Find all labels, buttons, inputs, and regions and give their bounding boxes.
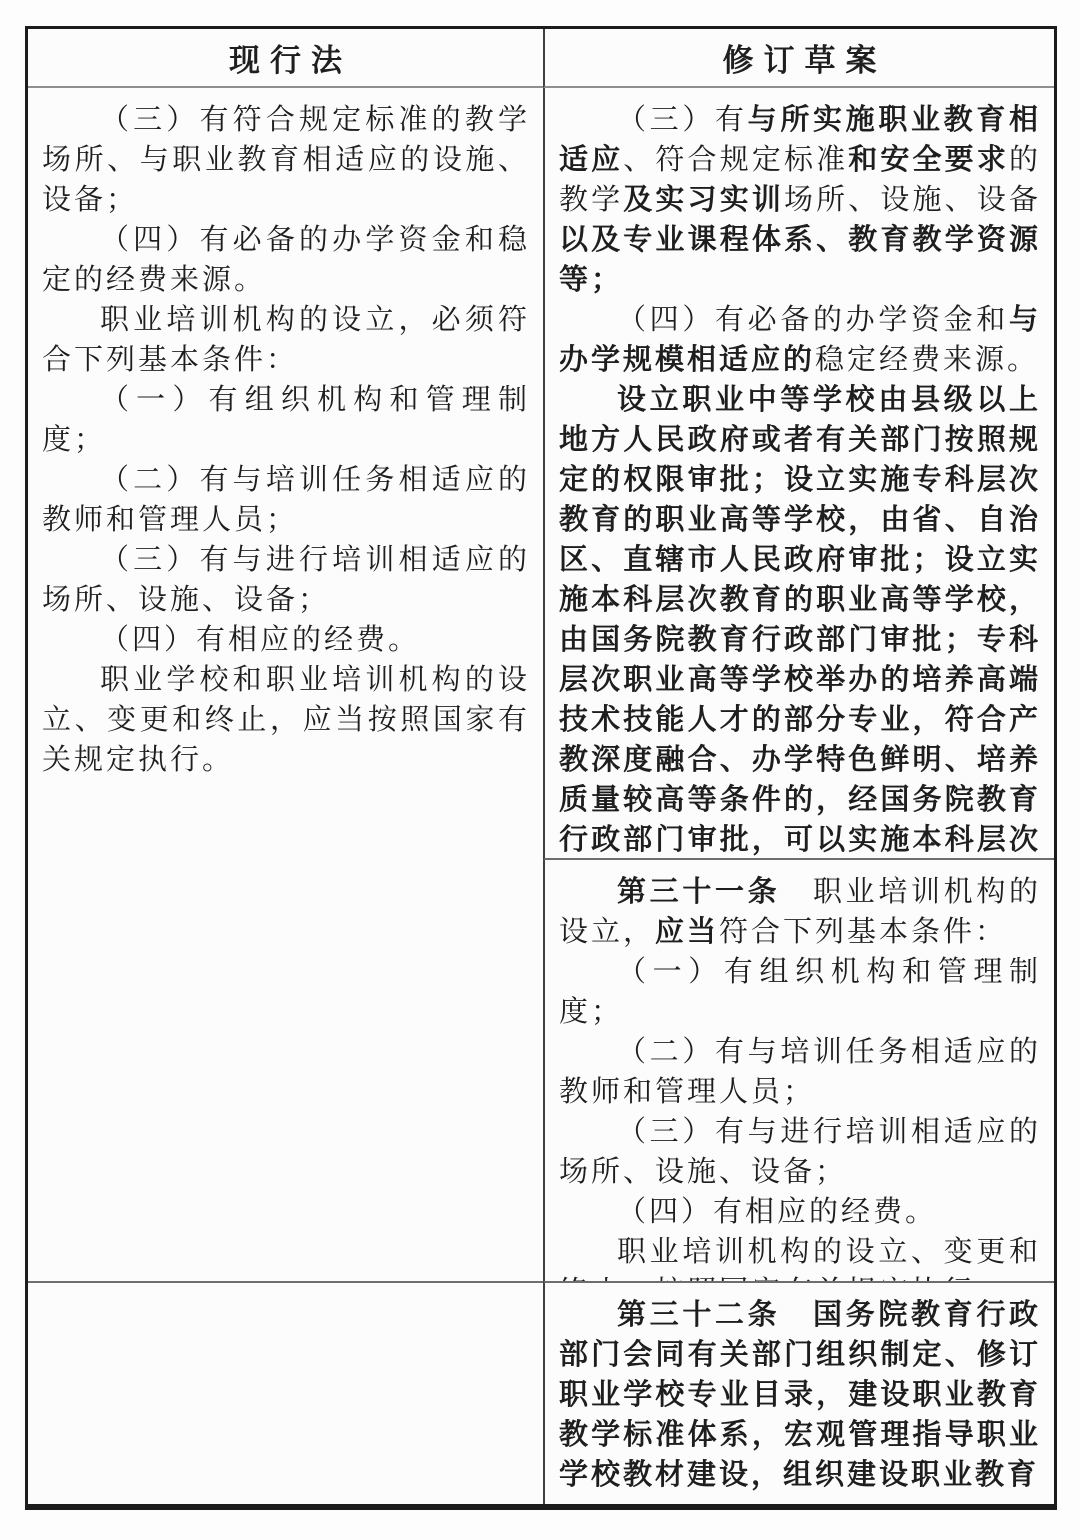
paragraph: （二）有与培训任务相适应的教师和管理人员； bbox=[559, 1032, 1041, 1112]
body-text: （二）有与培训任务相适应的教师和管理人员； bbox=[559, 1036, 1041, 1108]
paragraph: （二）有与培训任务相适应的教师和管理人员； bbox=[42, 460, 530, 540]
body-text: （四）有必备的办学资金和 bbox=[617, 304, 1009, 336]
emphasized-text: 第三十二条 bbox=[617, 1299, 780, 1331]
paragraph: 设立职业中等学校由县级以上地方人民政府或者有关部门按照规定的权限审批；设立实施专… bbox=[559, 380, 1041, 860]
paragraph: （四）有必备的办学资金和与办学规模相适应的稳定经费来源。 bbox=[559, 300, 1041, 380]
cell-draft-article-32: 第三十二条 国务院教育行政部门会同有关部门组织制定、修订职业学校专业目录，建设职… bbox=[543, 1281, 1054, 1504]
emphasized-text: 设立职业中等学校由县级以上地方人民政府或者有关部门按照规定的权限审批；设立实施专… bbox=[559, 384, 1041, 860]
cell-current-law-body: （三）有符合规定标准的教学场所、与职业教育相适应的设施、设备；（四）有必备的办学… bbox=[28, 88, 543, 1281]
paragraph: （一）有组织机构和管理制度； bbox=[42, 380, 530, 460]
emphasized-text: 以及专业课程体系、教育教学资源等； bbox=[559, 224, 1041, 296]
paragraph: 第三十一条 职业培训机构的设立，应当符合下列基本条件： bbox=[559, 872, 1041, 952]
paragraph: 职业培训机构的设立、变更和终止，按照国家有关规定执行。 bbox=[559, 1232, 1041, 1281]
emphasized-text: 及实习实训 bbox=[623, 184, 784, 216]
emphasized-text: 应当 bbox=[655, 916, 719, 948]
column-title-revision-draft: 修订草案 bbox=[713, 35, 887, 80]
paragraph: （四）有必备的办学资金和稳定的经费来源。 bbox=[42, 220, 530, 300]
header-cell-current-law: 现行法 bbox=[28, 29, 543, 88]
body-text: （三）有与进行培训相适应的场所、设施、设备； bbox=[42, 544, 530, 616]
paragraph: （一）有组织机构和管理制度； bbox=[559, 952, 1041, 1032]
header-cell-revision-draft: 修订草案 bbox=[543, 29, 1054, 88]
body-text: 职业培训机构的设立、变更和终止，按照国家有关规定执行。 bbox=[559, 1236, 1041, 1281]
body-text: 符合下列基本条件： bbox=[719, 916, 1007, 948]
body-text: 职业学校和职业培训机构的设立、变更和终止，应当按照国家有关规定执行。 bbox=[42, 664, 530, 776]
body-text: （三）有符合规定标准的教学场所、与职业教育相适应的设施、设备； bbox=[42, 104, 530, 216]
emphasized-text: 和安全要求 bbox=[848, 144, 1009, 176]
body-text: 、符合规定标准 bbox=[623, 144, 848, 176]
paragraph: 第三十二条 国务院教育行政部门会同有关部门组织制定、修订职业学校专业目录，建设职… bbox=[559, 1295, 1041, 1495]
body-text: （四）有相应的经费。 bbox=[100, 624, 420, 656]
paragraph: （三）有与进行培训相适应的场所、设施、设备； bbox=[559, 1112, 1041, 1192]
paragraph: （三）有与进行培训相适应的场所、设施、设备； bbox=[42, 540, 530, 620]
body-text: （一）有组织机构和管理制度； bbox=[559, 956, 1041, 1028]
body-text: （四）有必备的办学资金和稳定的经费来源。 bbox=[42, 224, 530, 296]
body-text: （二）有与培训任务相适应的教师和管理人员； bbox=[42, 464, 530, 536]
law-comparison-table: 现行法 修订草案 （三）有符合规定标准的教学场所、与职业教育相适应的设施、设备；… bbox=[25, 26, 1057, 1510]
body-text: （三）有与进行培训相适应的场所、设施、设备； bbox=[559, 1116, 1041, 1188]
paragraph: 职业培训机构的设立，必须符合下列基本条件： bbox=[42, 300, 530, 380]
cell-current-law-empty bbox=[28, 1281, 543, 1504]
emphasized-text: 第三十一条 bbox=[617, 876, 780, 908]
paragraph: （四）有相应的经费。 bbox=[42, 620, 530, 660]
body-text: 场所、设施、设备 bbox=[784, 184, 1041, 216]
cell-draft-article-31: 第三十一条 职业培训机构的设立，应当符合下列基本条件：（一）有组织机构和管理制度… bbox=[543, 860, 1054, 1281]
paragraph: （四）有相应的经费。 bbox=[559, 1192, 1041, 1232]
paragraph: （三）有符合规定标准的教学场所、与职业教育相适应的设施、设备； bbox=[42, 100, 530, 220]
body-text: 职业培训机构的设立，必须符合下列基本条件： bbox=[42, 304, 530, 376]
column-title-current-law: 现行法 bbox=[219, 35, 352, 80]
body-text: （一）有组织机构和管理制度； bbox=[42, 384, 530, 456]
body-text: （四）有相应的经费。 bbox=[617, 1196, 937, 1228]
body-text: 稳定经费来源。 bbox=[815, 344, 1039, 376]
paragraph: 职业学校和职业培训机构的设立、变更和终止，应当按照国家有关规定执行。 bbox=[42, 660, 530, 780]
paragraph: （三）有与所实施职业教育相适应、符合规定标准和安全要求的教学及实习实训场所、设施… bbox=[559, 100, 1041, 300]
cell-draft-establishment-conditions: （三）有与所实施职业教育相适应、符合规定标准和安全要求的教学及实习实训场所、设施… bbox=[543, 88, 1054, 860]
body-text: （三）有 bbox=[617, 104, 748, 136]
